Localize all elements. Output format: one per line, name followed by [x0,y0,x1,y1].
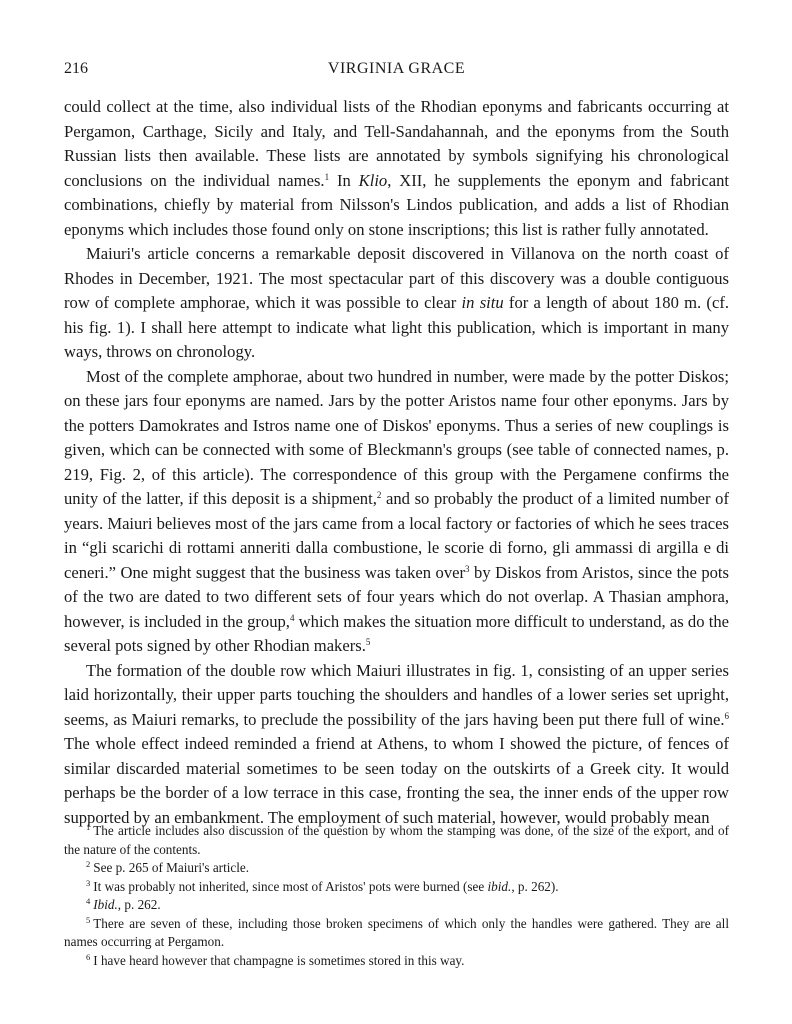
paragraph-1: could collect at the time, also individu… [64,95,729,242]
body-text: could collect at the time, also individu… [64,95,729,830]
italic-term: in situ [462,293,504,312]
footnotes: 1The article includes also discussion of… [64,822,729,970]
footnote-1: 1The article includes also discussion of… [64,822,729,859]
running-head: 216 VIRGINIA GRACE [64,60,729,82]
footnote-5: 5There are seven of these, including tho… [64,915,729,952]
footnote-ref-5: 5 [366,637,371,647]
paragraph-2: Maiuri's article concerns a remarkable d… [64,242,729,365]
running-title: VIRGINIA GRACE [64,60,729,78]
footnote-6: 6I have heard however that champagne is … [64,952,729,971]
footnote-4: 4Ibid., p. 262. [64,896,729,915]
footnote-ref-6: 6 [725,711,730,721]
footnote-2: 2See p. 265 of Maiuri's article. [64,859,729,878]
footnote-3: 3It was probably not inherited, since mo… [64,878,729,897]
paragraph-4: The formation of the double row which Ma… [64,659,729,831]
journal-title: Klio [359,171,388,190]
paragraph-3: Most of the complete amphorae, about two… [64,365,729,659]
